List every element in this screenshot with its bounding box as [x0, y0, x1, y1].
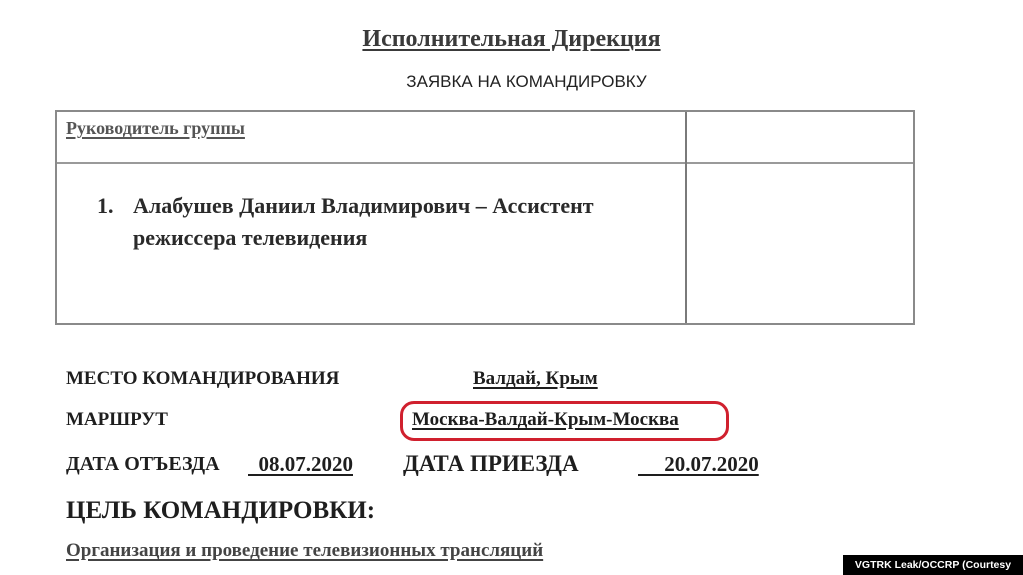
group-leader-label: Руководитель группы [66, 118, 245, 139]
table-column-divider [685, 112, 687, 323]
document-title-text: Исполнительная Дирекция [362, 26, 660, 52]
place-value: Валдай, Крым [473, 368, 598, 390]
document-subtitle: ЗАЯВКА НА КОМАНДИРОВКУ [0, 72, 1023, 92]
document-title: Исполнительная Дирекция [0, 26, 1023, 53]
departure-date: 08.07.2020 [248, 452, 353, 477]
purpose-value: Организация и проведение телевизионных т… [66, 540, 543, 562]
group-table: Руководитель группы 1. Алабушев Даниил В… [55, 110, 915, 325]
table-row-divider [57, 162, 913, 164]
arrival-label: ДАТА ПРИЕЗДА [403, 451, 579, 477]
purpose-label: ЦЕЛЬ КОМАНДИРОВКИ: [66, 497, 375, 525]
image-credit: VGTRK Leak/OCCRP (Courtesy Image) [843, 555, 1023, 575]
member-number: 1. [97, 190, 133, 254]
arrival-date: 20.07.2020 [638, 452, 759, 477]
route-value: Москва-Валдай-Крым-Москва [412, 409, 679, 431]
route-label: МАРШРУТ [66, 409, 168, 431]
member-name: Алабушев Даниил Владимирович – Ассистент… [133, 190, 677, 254]
list-item: 1. Алабушев Даниил Владимирович – Ассист… [97, 190, 677, 254]
place-label: МЕСТО КОМАНДИРОВАНИЯ [66, 368, 339, 390]
departure-label: ДАТА ОТЪЕЗДА [66, 453, 220, 476]
